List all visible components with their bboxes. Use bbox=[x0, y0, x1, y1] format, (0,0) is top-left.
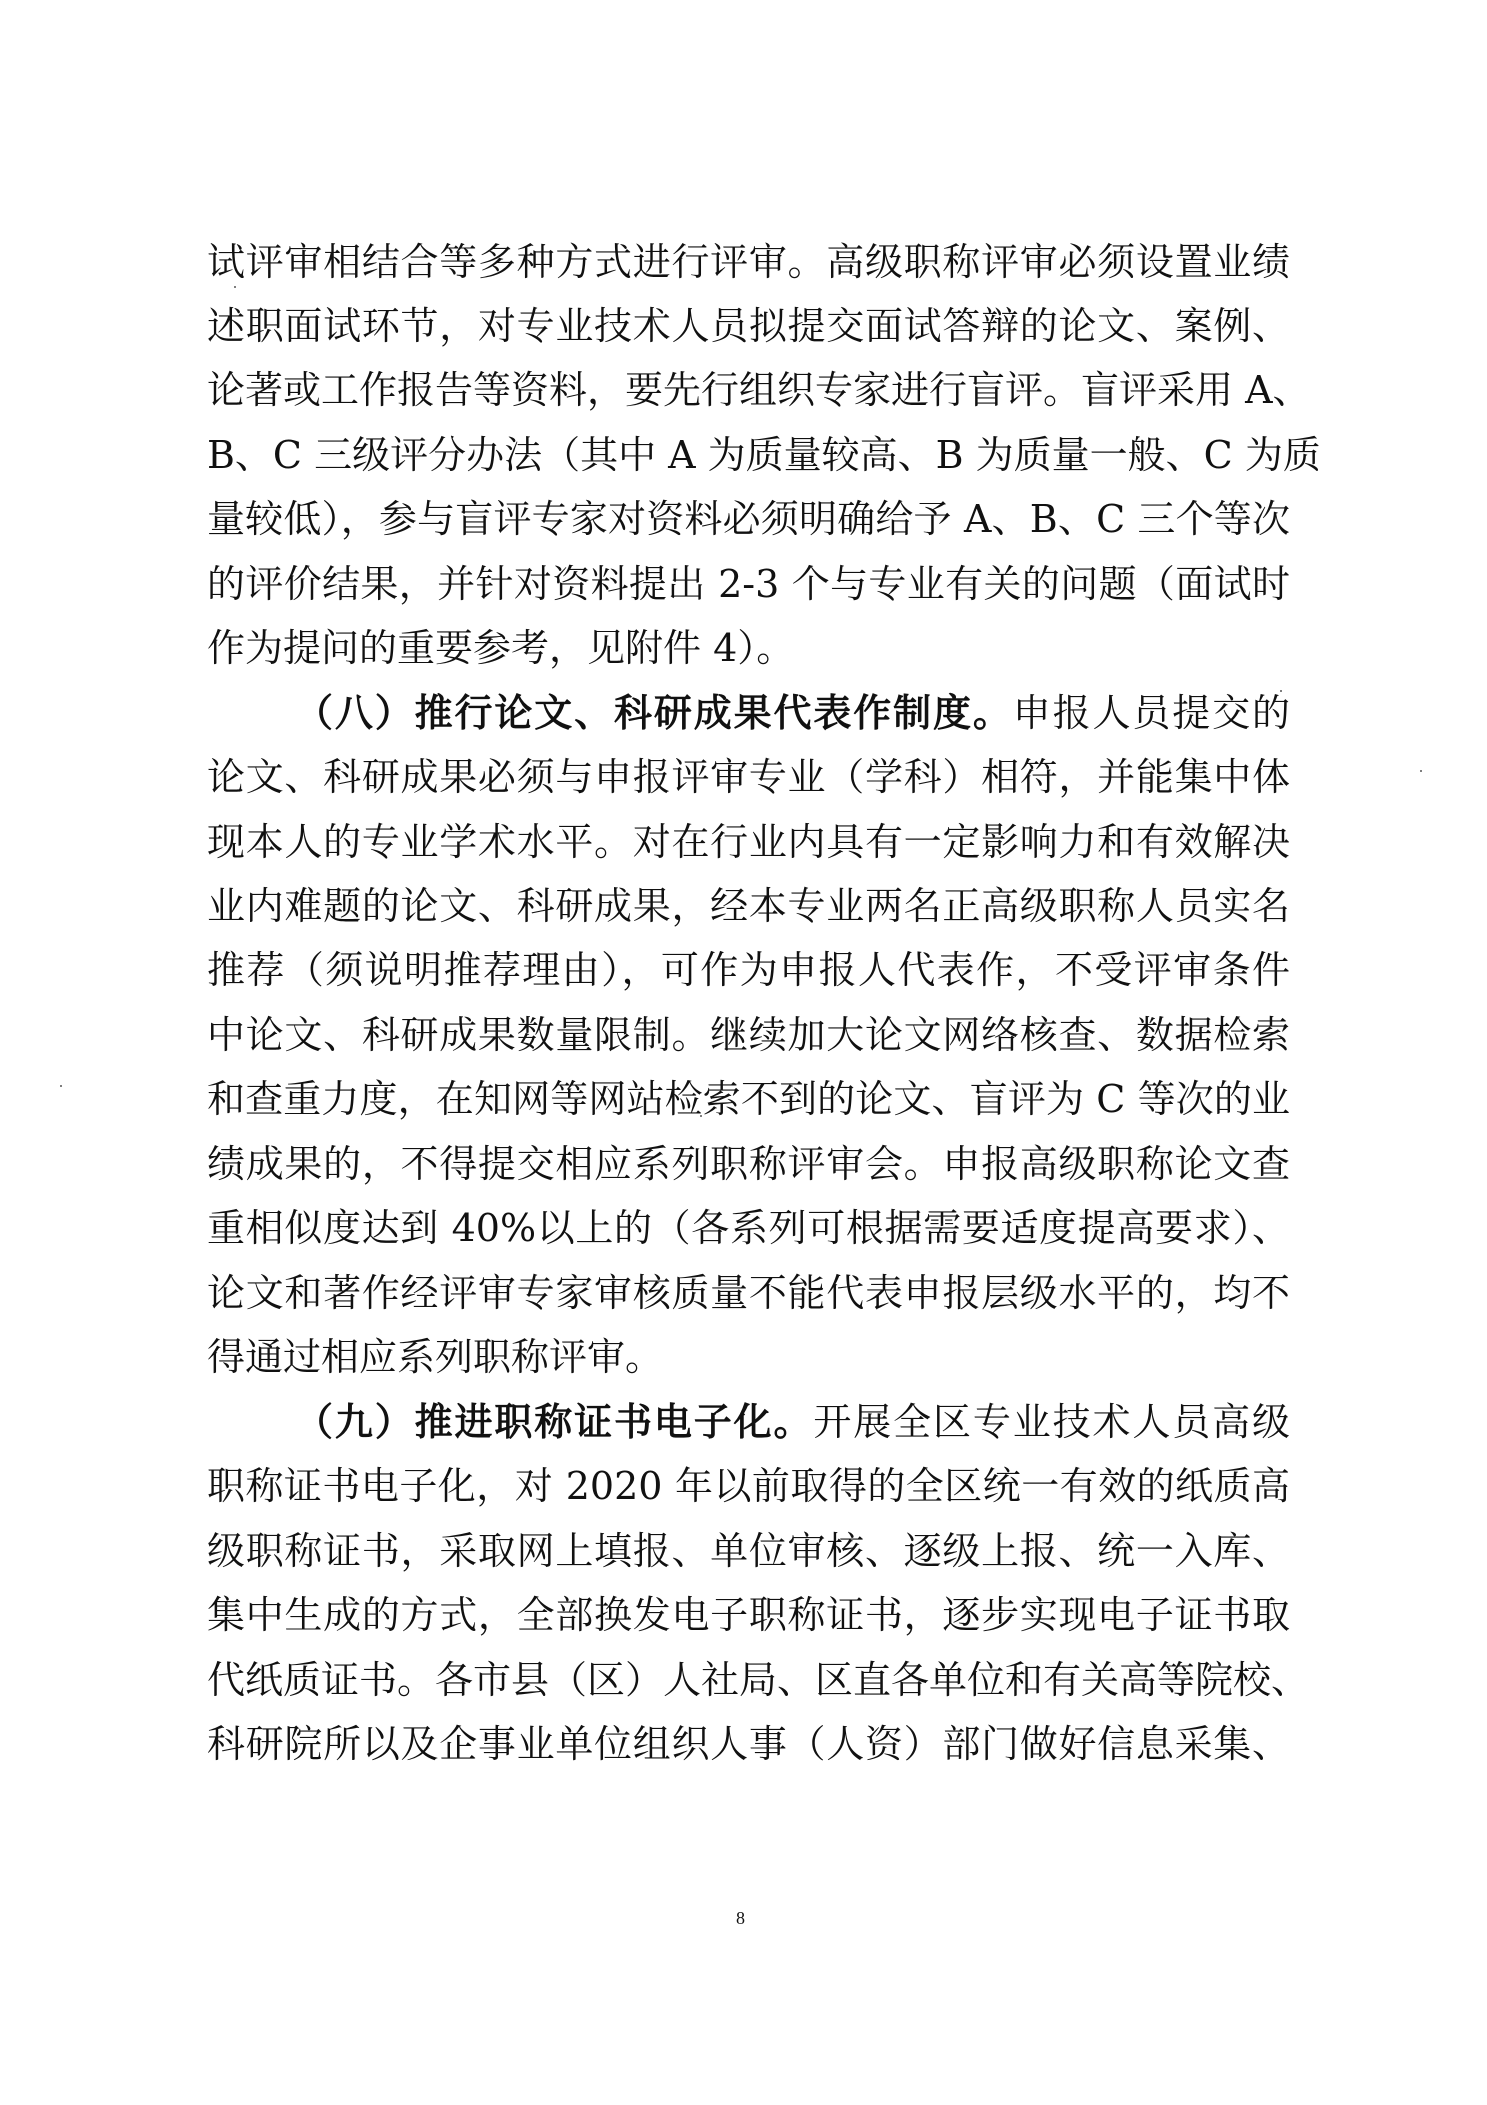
paragraph-line: 重相似度达到 40%以上的（各系列可根据需要适度提高要求）、 bbox=[207, 1196, 1290, 1260]
paragraph-line: 量较低），参与盲评专家对资料必须明确给予 A、B、C 三个等次 bbox=[207, 487, 1290, 551]
paragraph-line: 中论文、科研成果数量限制。继续加大论文网络核查、数据检索 bbox=[207, 1003, 1290, 1067]
paragraph-line: 现本人的专业学术水平。对在行业内具有一定影响力和有效解决 bbox=[207, 810, 1290, 874]
paragraph-line: 论文和著作经评审专家审核质量不能代表申报层级水平的，均不 bbox=[207, 1261, 1290, 1325]
section-9-first-line: （九）推进职称证书电子化。开展全区专业技术人员高级 bbox=[295, 1390, 1290, 1454]
paragraph-line: 和查重力度，在知网等网站检索不到的论文、盲评为 C 等次的业 bbox=[207, 1067, 1290, 1131]
paragraph-line: B、C 三级评分办法（其中 A 为质量较高、B 为质量一般、C 为质 bbox=[207, 423, 1290, 487]
paragraph-line: 试评审相结合等多种方式进行评审。高级职称评审必须设置业绩 bbox=[207, 230, 1290, 294]
section-heading-8: （八）推行论文、科研成果代表作制度。 bbox=[295, 690, 1013, 735]
paragraph-line: 推荐（须说明推荐理由），可作为申报人代表作，不受评审条件 bbox=[207, 938, 1290, 1002]
paragraph-line: 得通过相应系列职称评审。 bbox=[207, 1325, 663, 1389]
paragraph-line: 级职称证书，采取网上填报、单位审核、逐级上报、统一入库、 bbox=[207, 1519, 1290, 1583]
paragraph-line: 职称证书电子化，对 2020 年以前取得的全区统一有效的纸质高 bbox=[207, 1454, 1290, 1518]
paragraph-line: 集中生成的方式，全部换发电子职称证书，逐步实现电子证书取 bbox=[207, 1583, 1290, 1647]
paragraph-text: 申报人员提交的 bbox=[1013, 691, 1290, 735]
document-page: 试评审相结合等多种方式进行评审。高级职称评审必须设置业绩 述职面试环节，对专业技… bbox=[0, 0, 1487, 2105]
scan-speck bbox=[1420, 770, 1422, 772]
paragraph-line: 述职面试环节，对专业技术人员拟提交面试答辩的论文、案例、 bbox=[207, 294, 1290, 358]
paragraph-line: 业内难题的论文、科研成果，经本专业两名正高级职称人员实名 bbox=[207, 874, 1290, 938]
scan-speck bbox=[700, 1115, 702, 1117]
paragraph-line: 论著或工作报告等资料，要先行组织专家进行盲评。盲评采用 A、 bbox=[207, 358, 1290, 422]
scan-speck bbox=[234, 286, 236, 288]
paragraph-line: 绩成果的，不得提交相应系列职称评审会。申报高级职称论文查 bbox=[207, 1132, 1290, 1196]
paragraph-line: 科研院所以及企事业单位组织人事（人资）部门做好信息采集、 bbox=[207, 1712, 1290, 1776]
page-number: 8 bbox=[736, 1908, 745, 1929]
paragraph-text: 开展全区专业技术人员高级 bbox=[813, 1400, 1290, 1444]
section-heading-9: （九）推进职称证书电子化。 bbox=[295, 1399, 813, 1444]
scan-speck bbox=[60, 1085, 62, 1087]
section-8-first-line: （八）推行论文、科研成果代表作制度。申报人员提交的 bbox=[295, 681, 1290, 745]
paragraph-line: 代纸质证书。各市县（区）人社局、区直各单位和有关高等院校、 bbox=[207, 1648, 1290, 1712]
paragraph-line: 论文、科研成果必须与申报评审专业（学科）相符，并能集中体 bbox=[207, 745, 1290, 809]
scan-speck bbox=[1280, 690, 1282, 692]
paragraph-line: 的评价结果，并针对资料提出 2-3 个与专业有关的问题（面试时 bbox=[207, 552, 1290, 616]
paragraph-line: 作为提问的重要参考，见附件 4）。 bbox=[207, 616, 794, 680]
